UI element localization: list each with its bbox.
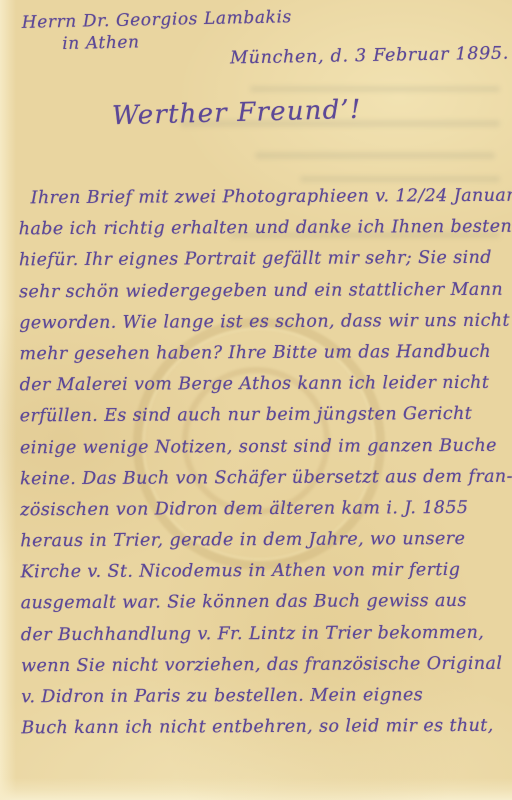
body-line: geworden. Wie lange ist es schon, dass w…: [19, 305, 501, 339]
body-line: der Malerei vom Berge Athos kann ich lei…: [20, 368, 502, 402]
dateline: München, d. 3 Februar 1895.: [230, 44, 509, 69]
salutation: Werther Freund’!: [112, 95, 362, 132]
body-line: Buch kann ich nicht entbehren, so leid m…: [21, 711, 503, 745]
body-line: keine. Das Buch von Schäfer übersetzt au…: [20, 461, 502, 495]
body-line: mehr gesehen haben? Ihre Bitte um das Ha…: [19, 337, 501, 371]
showthrough-line: [255, 152, 495, 159]
showthrough-line: [250, 86, 500, 92]
body-line: ausgemalt war. Sie können das Buch gewis…: [21, 586, 503, 620]
letter-scan: Herrn Dr. Georgios Lambakis in Athen Mün…: [0, 0, 512, 800]
body-line: v. Didron in Paris zu bestellen. Mein ei…: [21, 680, 503, 714]
letter-body: Ihren Brief mit zwei Photographieen v. 1…: [19, 181, 504, 745]
body-line: sehr schön wiedergegeben und ein stattli…: [19, 274, 501, 308]
body-line: zösischen von Didron dem älteren kam i. …: [20, 493, 502, 527]
body-line: erfüllen. Es sind auch nur beim jüngsten…: [20, 399, 502, 433]
body-line: einige wenige Notizen, sonst sind im gan…: [20, 430, 502, 464]
body-line: hiefür. Ihr eignes Portrait gefällt mir …: [19, 243, 501, 277]
body-line: der Buchhandlung v. Fr. Lintz in Trier b…: [21, 617, 503, 651]
body-line: heraus in Trier, gerade in dem Jahre, wo…: [20, 524, 502, 558]
recipient-name: Herrn Dr. Georgios Lambakis: [22, 7, 292, 33]
body-line: Kirche v. St. Nicodemus in Athen von mir…: [20, 555, 502, 589]
body-line: habe ich richtig erhalten und danke ich …: [19, 212, 501, 246]
body-line: Ihren Brief mit zwei Photographieen v. 1…: [19, 181, 501, 215]
body-line: wenn Sie nicht vorziehen, das französisc…: [21, 649, 503, 683]
